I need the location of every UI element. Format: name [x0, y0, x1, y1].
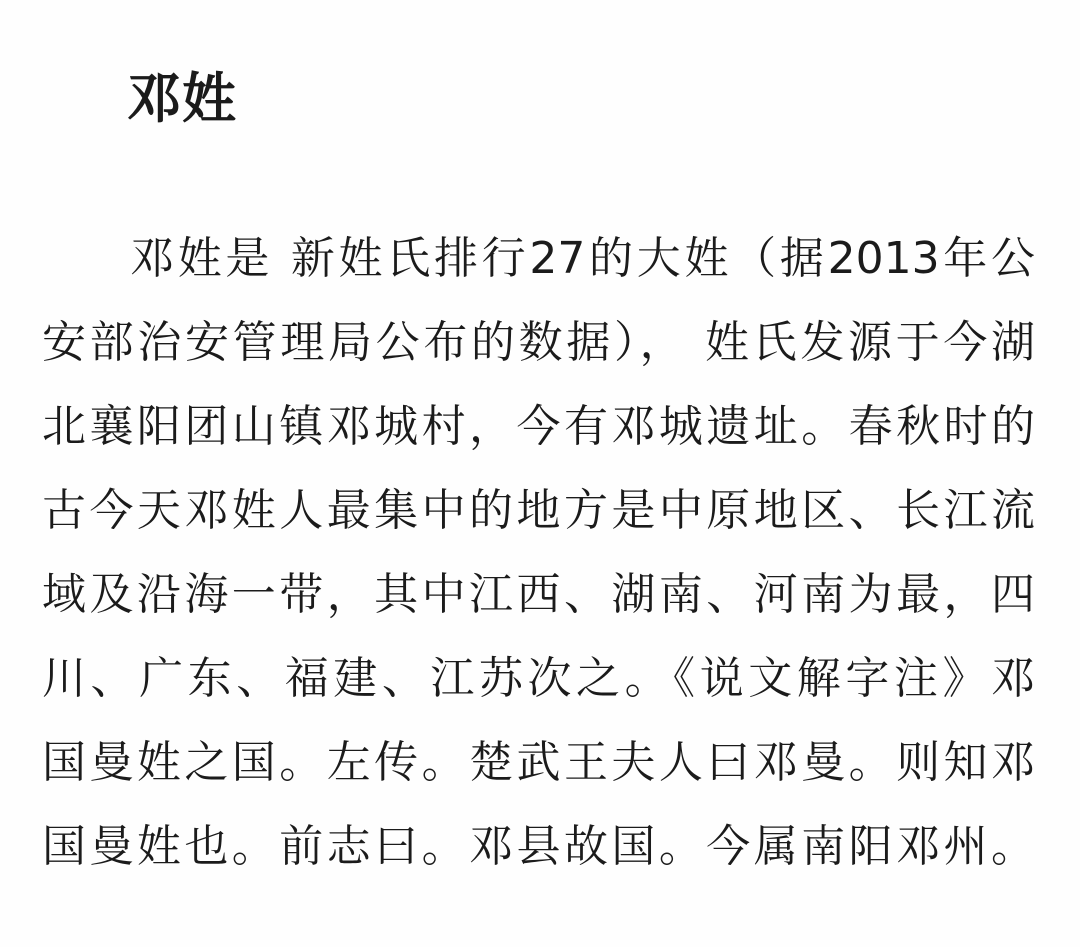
article-page: 邓姓 邓姓是 新姓氏排行27的大姓（据2013年公 安部治安管理局公布的数据），… — [0, 0, 1080, 947]
paragraph-line-8: 国曼姓也。前志曰。邓县故国。今属南阳邓州。 — [42, 805, 1035, 889]
paragraph-line-5: 域及沿海一带，其中江西、湖南、河南为最，四 — [42, 553, 1035, 637]
paragraph-line-2: 安部治安管理局公布的数据）， 姓氏发源于今湖 — [42, 301, 1035, 385]
paragraph-line-7: 国曼姓之国。左传。楚武王夫人曰邓曼。则知邓 — [42, 721, 1035, 805]
article-paragraph: 邓姓是 新姓氏排行27的大姓（据2013年公 安部治安管理局公布的数据）， 姓氏… — [42, 217, 1035, 889]
paragraph-line-4: 古今天邓姓人最集中的地方是中原地区、长江流 — [42, 469, 1035, 553]
paragraph-line-6: 川、广东、福建、江苏次之。《说文解字注》邓 — [42, 637, 1035, 721]
paragraph-line-3: 北襄阳团山镇邓城村，今有邓城遗址。春秋时的 — [42, 385, 1035, 469]
paragraph-line-1: 邓姓是 新姓氏排行27的大姓（据2013年公 — [42, 217, 1035, 301]
article-title: 邓姓 — [127, 66, 1035, 131]
